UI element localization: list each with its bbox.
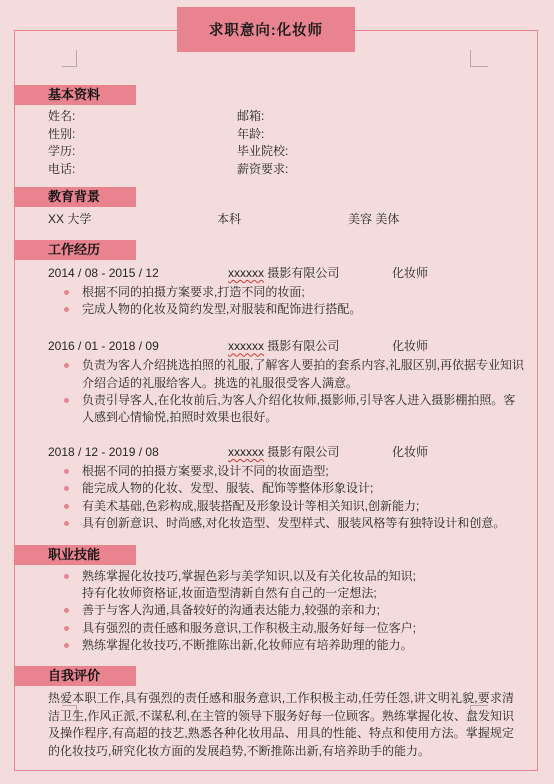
section-header-self-evaluation: 自我评价 (14, 666, 136, 686)
company-name: 摄影有限公司 (264, 339, 339, 353)
education-major: 美容 美体 (348, 211, 540, 228)
bullet-text: 负责为客人介绍挑选拍照的礼服,了解客人要拍的套系内容,礼服区别,再依据专业知识介… (82, 357, 524, 391)
section-skills: 职业技能 熟练掌握化妆技巧,掌握色彩与美学知识,以及有关化妆品的知识; 持有化妆… (14, 545, 540, 654)
bullet-item: 熟练掌握化妆技巧,掌握色彩与美学知识,以及有关化妆品的知识; 持有化妆师资格证,… (64, 568, 524, 602)
label-salary: 薪资要求: (237, 161, 540, 179)
bullet-text: 负责引导客人,在化妆前后,为客人介绍化妆师,摄影师,引导客人进入摄影棚拍照。客人… (82, 392, 524, 426)
resume-page: 求职意向:化妆师 基本资料 姓名: 邮箱: 性别: 年龄: 学历: 毕业院校: (0, 0, 554, 784)
bullet-dot-icon (64, 363, 69, 368)
job-entry: 2014 / 08 - 2015 / 12 xxxxxx 摄影有限公司 化妆师 … (14, 265, 540, 318)
bullet-item: 有美术基础,色彩构成,服装搭配及形象设计等相关知识,创新能力; (64, 498, 524, 515)
job-role: 化妆师 (392, 338, 540, 355)
bullet-item: 根据不同的拍摄方案要求,设计不同的妆面造型; (64, 463, 524, 480)
basic-info-rows: 姓名: 邮箱: 性别: 年龄: 学历: 毕业院校: 电话: 薪资要求: (14, 105, 540, 178)
job-period: 2016 / 01 - 2018 / 09 (48, 338, 228, 355)
bullet-item: 具有创新意识、时尚感,对化妆造型、发型样式、服装风格等有独特设计和创意。 (64, 515, 524, 532)
company-placeholder-x: xxxxxx (228, 339, 264, 353)
job-period: 2018 / 12 - 2019 / 08 (48, 444, 228, 461)
label-name: 姓名: (48, 108, 237, 126)
bullet-text: 根据不同的拍摄方案要求,打造不同的妆面; (82, 284, 524, 301)
job-role: 化妆师 (392, 444, 540, 461)
basic-info-row: 性别: 年龄: (48, 126, 540, 144)
text-boundary-corner-top-right (470, 50, 488, 67)
job-entry: 2016 / 01 - 2018 / 09 xxxxxx 摄影有限公司 化妆师 … (14, 338, 540, 426)
job-header: 2018 / 12 - 2019 / 08 xxxxxx 摄影有限公司 化妆师 (14, 444, 540, 461)
bullet-text: 熟练掌握化妆技巧,不断推陈出新,化妆师应有培养助理的能力。 (82, 637, 524, 654)
bullet-dot-icon (64, 521, 69, 526)
label-gender: 性别: (48, 126, 237, 144)
bullet-dot-icon (64, 307, 69, 312)
job-company: xxxxxx 摄影有限公司 (228, 338, 392, 355)
job-header: 2014 / 08 - 2015 / 12 xxxxxx 摄影有限公司 化妆师 (14, 265, 540, 282)
education-school: XX 大学 (48, 211, 217, 228)
bullet-dot-icon (64, 608, 69, 613)
bullet-item: 完成人物的化妆及简约发型,对服装和配饰进行搭配。 (64, 301, 524, 318)
bullet-text: 根据不同的拍摄方案要求,设计不同的妆面造型; (82, 463, 524, 480)
skills-bullets: 熟练掌握化妆技巧,掌握色彩与美学知识,以及有关化妆品的知识; 持有化妆师资格证,… (14, 568, 540, 654)
bullet-dot-icon (64, 290, 69, 295)
label-email: 邮箱: (237, 108, 540, 126)
education-row: XX 大学 本科 美容 美体 (14, 211, 540, 228)
label-school: 毕业院校: (237, 143, 540, 161)
bullet-text: 熟练掌握化妆技巧,掌握色彩与美学知识,以及有关化妆品的知识; 持有化妆师资格证,… (82, 568, 524, 602)
job-bullets: 根据不同的拍摄方案要求,打造不同的妆面; 完成人物的化妆及简约发型,对服装和配饰… (14, 284, 540, 318)
job-entry: 2018 / 12 - 2019 / 08 xxxxxx 摄影有限公司 化妆师 … (14, 444, 540, 532)
bullet-item: 善于与客人沟通,具备较好的沟通表达能力,较强的亲和力; (64, 602, 524, 619)
section-education: 教育背景 XX 大学 本科 美容 美体 (14, 187, 540, 228)
bullet-item: 熟练掌握化妆技巧,不断推陈出新,化妆师应有培养助理的能力。 (64, 637, 524, 654)
bullet-text: 完成人物的化妆及简约发型,对服装和配饰进行搭配。 (82, 301, 524, 318)
section-basic-info: 基本资料 姓名: 邮箱: 性别: 年龄: 学历: 毕业院校: 电话: 薪资要求: (14, 85, 540, 178)
company-placeholder-x: xxxxxx (228, 266, 264, 280)
label-phone: 电话: (48, 161, 237, 179)
self-evaluation-paragraph: 热爱本职工作,具有强烈的责任感和服务意识,工作积极主动,任劳任怨,讲文明礼貌,要… (14, 686, 540, 760)
bullet-item: 能完成人物的化妆、发型、服装、配饰等整体形象设计; (64, 480, 524, 497)
section-self-evaluation: 自我评价 热爱本职工作,具有强烈的责任感和服务意识,工作积极主动,任劳任怨,讲文… (14, 666, 540, 760)
section-header-education: 教育背景 (14, 187, 136, 207)
section-header-basic-info: 基本资料 (14, 85, 136, 105)
label-age: 年龄: (237, 126, 540, 144)
basic-info-row: 电话: 薪资要求: (48, 161, 540, 179)
bullet-item: 根据不同的拍摄方案要求,打造不同的妆面; (64, 284, 524, 301)
job-role: 化妆师 (392, 265, 540, 282)
text-boundary-corner-top-left (62, 50, 77, 67)
job-header: 2016 / 01 - 2018 / 09 xxxxxx 摄影有限公司 化妆师 (14, 338, 540, 355)
bullet-dot-icon (64, 469, 69, 474)
bullet-text: 善于与客人沟通,具备较好的沟通表达能力,较强的亲和力; (82, 602, 524, 619)
bullet-text: 具有强烈的责任感和服务意识,工作积极主动,服务好每一位客户; (82, 620, 524, 637)
company-placeholder-x: xxxxxx (228, 445, 264, 459)
bullet-dot-icon (64, 486, 69, 491)
job-period: 2014 / 08 - 2015 / 12 (48, 265, 228, 282)
job-objective-title: 求职意向:化妆师 (177, 7, 355, 52)
company-name: 摄影有限公司 (264, 266, 339, 280)
bullet-dot-icon (64, 643, 69, 648)
section-work-experience: 工作经历 2014 / 08 - 2015 / 12 xxxxxx 摄影有限公司… (14, 240, 540, 532)
section-header-skills: 职业技能 (14, 545, 136, 565)
basic-info-row: 姓名: 邮箱: (48, 108, 540, 126)
bullet-text: 有美术基础,色彩构成,服装搭配及形象设计等相关知识,创新能力; (82, 498, 524, 515)
bullet-text: 能完成人物的化妆、发型、服装、配饰等整体形象设计; (82, 480, 524, 497)
label-education: 学历: (48, 143, 237, 161)
bullet-item: 具有强烈的责任感和服务意识,工作积极主动,服务好每一位客户; (64, 620, 524, 637)
job-bullets: 负责为客人介绍挑选拍照的礼服,了解客人要拍的套系内容,礼服区别,再依据专业知识介… (14, 357, 540, 426)
bullet-dot-icon (64, 626, 69, 631)
education-degree: 本科 (217, 211, 348, 228)
bullet-item: 负责为客人介绍挑选拍照的礼服,了解客人要拍的套系内容,礼服区别,再依据专业知识介… (64, 357, 524, 391)
bullet-dot-icon (64, 574, 69, 579)
bullet-text: 具有创新意识、时尚感,对化妆造型、发型样式、服装风格等有独特设计和创意。 (82, 515, 524, 532)
bullet-item: 负责引导客人,在化妆前后,为客人介绍化妆师,摄影师,引导客人进入摄影棚拍照。客人… (64, 392, 524, 426)
basic-info-row: 学历: 毕业院校: (48, 143, 540, 161)
company-name: 摄影有限公司 (264, 445, 339, 459)
job-company: xxxxxx 摄影有限公司 (228, 265, 392, 282)
job-company: xxxxxx 摄影有限公司 (228, 444, 392, 461)
bullet-dot-icon (64, 504, 69, 509)
job-bullets: 根据不同的拍摄方案要求,设计不同的妆面造型; 能完成人物的化妆、发型、服装、配饰… (14, 463, 540, 532)
resume-content: 基本资料 姓名: 邮箱: 性别: 年龄: 学历: 毕业院校: 电话: 薪资要求: (14, 85, 540, 760)
bullet-dot-icon (64, 398, 69, 403)
section-header-work: 工作经历 (14, 240, 136, 260)
